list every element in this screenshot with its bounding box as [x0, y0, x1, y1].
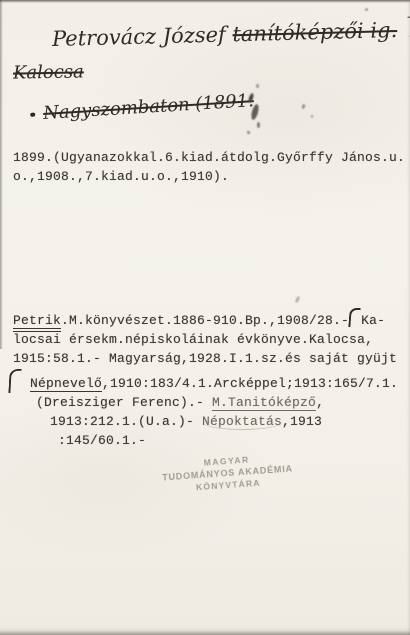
scan-edge-bottom — [0, 627, 410, 635]
scan-edge-left — [0, 0, 3, 349]
handwritten-place-2: Nagyszombaton (1891. — [30, 90, 255, 125]
handwritten-heading: Petrovácz József tanítóképzői ig. II. — [52, 17, 410, 51]
typed-journal-references: Népnevelő,1910:183/4.1.Arcképpel;1913:16… — [30, 374, 398, 450]
author-name: Petrovácz József — [52, 22, 226, 51]
typed-edition-note: 1899.(Ugyanazokkal.6.kiad.átdolg.Győrffy… — [13, 148, 405, 186]
insertion-mark-icon — [8, 369, 21, 393]
ink-smudge — [247, 131, 250, 134]
journal-line-4: :145/60.1.- — [58, 431, 398, 450]
struck-title: tanítóképzői ig. — [232, 18, 397, 46]
bibliography-line-2: locsai érsekm.népiskoláinak évkönyve.Kal… — [13, 330, 397, 349]
ink-smudge — [256, 84, 259, 88]
catalog-card: Petrovácz József tanítóképzői ig. II. Ka… — [0, 0, 410, 635]
journal-line-1: Népnevelő,1910:183/4.1.Arcképpel;1913:16… — [30, 374, 398, 393]
handwritten-place-1: Kalocsa — [13, 61, 84, 83]
ink-smudge — [295, 296, 301, 304]
ink-smudge — [365, 8, 368, 11]
typed-bibliography: Petrik.M.könyvészet.1886-910.Bp.,1908/28… — [13, 308, 397, 368]
insertion-mark-icon — [348, 308, 360, 327]
bibliography-line-3: 1915:58.1.- Magyarság,1928.I.1.sz.és saj… — [13, 349, 397, 368]
ink-smudge — [311, 115, 313, 118]
journal-line-3: 1913:212.1.(U.a.)- Népoktatás,1913 — [50, 412, 398, 431]
library-stamp: MAGYAR TUDOMÁNYOS AKADÉMIA KÖNYVTÁRA — [154, 450, 301, 496]
ink-dot — [30, 113, 35, 117]
ink-smudge — [257, 122, 260, 128]
edition-line-2: o.,1908.,7.kiad.u.o.,1910). — [13, 167, 405, 186]
ink-smudge — [301, 104, 306, 110]
bibliography-line-1: Petrik.M.könyvészet.1886-910.Bp.,1908/28… — [13, 308, 397, 330]
scan-edge-top — [0, 0, 410, 3]
journal-line-2: (Dreisziger Ferenc).- M.Tanitóképző, — [36, 393, 398, 412]
edition-line-1: 1899.(Ugyanazokkal.6.kiad.átdolg.Győrffy… — [13, 148, 405, 167]
